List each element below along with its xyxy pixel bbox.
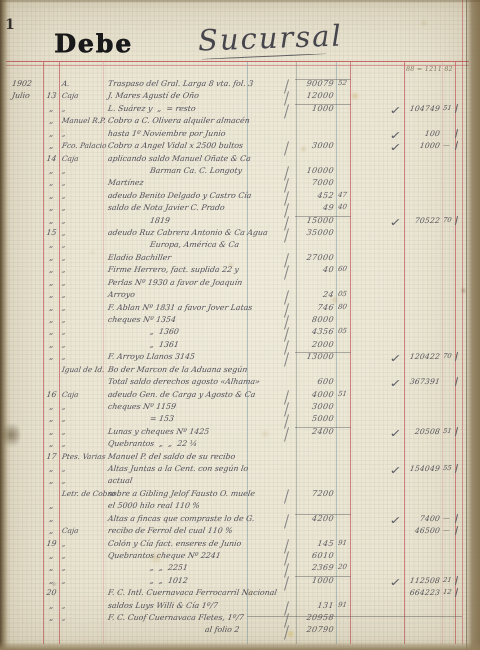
- ledger-row: „„L. Suárez y „ = resto100010474951: [0, 104, 480, 117]
- cents-partial-cell: 51: [337, 390, 350, 398]
- amount-total-cell: 20508: [401, 427, 440, 436]
- amount-partial-cell: 5000: [293, 414, 334, 423]
- amount-total-cell: 46500: [401, 526, 440, 535]
- amount-partial-cell: 3000: [293, 402, 334, 411]
- tick-mark: [455, 129, 458, 138]
- description-cell: Cobro a C. Olivera alquiler almacén: [107, 116, 250, 125]
- ledger-row: „„adeudo Benito Delgado y Castro Cía4524…: [0, 191, 480, 204]
- amount-total-cell: 70522: [401, 216, 440, 225]
- day-cell: 14: [43, 154, 59, 163]
- amount-partial-cell: 4000: [293, 390, 334, 399]
- ledger-row: 20F. C. Intl. Cuernavaca Ferrocarril Nac…: [0, 588, 480, 601]
- tick-mark: [455, 427, 458, 436]
- description-cell: „ „ 1012: [149, 576, 188, 585]
- amount-partial-cell: 2369: [293, 563, 334, 572]
- description-cell: Cobro a Angel Vidal x 2500 bultos: [107, 141, 243, 150]
- stain: [420, 20, 428, 26]
- account-cell: „: [61, 476, 106, 485]
- account-cell: „: [61, 315, 106, 324]
- description-cell: adeudo Benito Delgado y Castro Cía: [107, 191, 252, 200]
- stain: [180, 100, 186, 105]
- cents-total-cell: 12: [442, 588, 455, 596]
- amount-partial-cell: 20958: [293, 613, 334, 622]
- amount-underline: [295, 352, 351, 353]
- ink-dot: [52, 582, 56, 586]
- ledger-row: Igual de Id.Bo der Marcon de la Aduana s…: [0, 365, 480, 378]
- account-cell: „: [61, 439, 106, 448]
- account-cell: Caja: [61, 390, 106, 399]
- account-cell: Caja: [61, 526, 106, 535]
- amount-partial-cell: 49: [293, 203, 334, 212]
- description-cell: Barman Ca. C. Longoty: [149, 166, 242, 175]
- amount-partial-cell: 10000: [293, 166, 334, 175]
- amount-partial-cell: 27000: [293, 253, 334, 262]
- amount-underline: [295, 514, 351, 515]
- account-cell: „: [61, 303, 106, 312]
- stain: [148, 552, 164, 564]
- amount-partial-cell: 15000: [293, 216, 334, 225]
- ledger-rows: 1902A.Traspaso del Gral. Larga 8 vta. fo…: [0, 0, 480, 650]
- amount-total-cell: 154049: [401, 464, 440, 473]
- ledger-row: „Fco. PalacioCobro a Angel Vidal x 2500 …: [0, 141, 480, 154]
- account-cell: „: [61, 551, 106, 560]
- day-cell: „: [43, 501, 59, 510]
- day-cell: 17: [43, 452, 59, 461]
- day-cell: „: [43, 551, 59, 560]
- account-cell: Manuel R.P.: [61, 116, 106, 125]
- description-cell: Eladio Bachiller: [107, 253, 171, 262]
- description-cell: Quebrantos cheque Nº 2241: [107, 551, 221, 560]
- ledger-row: Julio13CajaJ. Mares Agustí de Oño12000: [0, 91, 480, 104]
- amount-underline: [295, 104, 351, 105]
- stain: [300, 146, 307, 152]
- ledger-row: Letr. de Cobrosobre a Gibling Jelof Faus…: [0, 489, 480, 502]
- amount-total-cell: 664223: [401, 588, 440, 597]
- ledger-row: „„Firme Herrero, fact. suplida 22 y4060: [0, 265, 480, 278]
- description-cell: Firme Herrero, fact. suplida 22 y: [107, 265, 239, 274]
- description-cell: actual: [107, 476, 133, 485]
- ledger-row: „„Perlas Nº 1930 a favor de Joaquín: [0, 278, 480, 291]
- cents-partial-cell: 40: [337, 203, 350, 211]
- day-cell: „: [43, 402, 59, 411]
- amount-total-cell: 7400: [401, 514, 440, 523]
- description-cell: L. Suárez y „ = resto: [107, 104, 196, 113]
- day-cell: „: [43, 476, 59, 485]
- day-cell: „: [43, 104, 59, 113]
- page-edge-right: [466, 0, 480, 650]
- description-cell: aplicando saldo Manuel Oñate & Ca: [107, 154, 251, 163]
- cents-total-cell: 51: [442, 104, 455, 112]
- description-cell: Europa, América & Ca: [149, 240, 239, 249]
- description-cell: Altas a fincas que compraste lo de G.: [107, 514, 255, 523]
- description-cell: hasta 1º Noviembre por Junio: [107, 129, 226, 138]
- description-cell: Quebrantos „ „ 22 ¼: [107, 439, 197, 448]
- amount-partial-cell: 131: [293, 601, 334, 610]
- account-cell: „: [61, 340, 106, 349]
- day-cell: „: [43, 327, 59, 336]
- day-cell: „: [43, 414, 59, 423]
- account-cell: Letr. de Cobro: [61, 489, 106, 498]
- stain: [246, 590, 253, 596]
- tick-mark: [455, 514, 458, 523]
- account-cell: „: [61, 228, 106, 237]
- day-cell: „: [43, 340, 59, 349]
- ledger-row: „el 5000 hilo real 110 %: [0, 501, 480, 514]
- ledger-row: „„F. Ablan Nº 1831 a favor Jover Latas74…: [0, 303, 480, 316]
- day-cell: 16: [43, 390, 59, 399]
- account-cell: Igual de Id.: [61, 365, 106, 374]
- amount-partial-cell: 1000: [293, 576, 334, 585]
- dash-cell: —: [442, 141, 455, 149]
- account-cell: „: [61, 278, 106, 287]
- description-cell: el 5000 hilo real 110 %: [107, 501, 200, 510]
- day-cell: 20: [43, 588, 59, 597]
- account-cell: „: [61, 464, 106, 473]
- amount-partial-cell: 13000: [293, 352, 334, 361]
- account-cell: Caja: [61, 154, 106, 163]
- description-cell: Altas Juntas a la Cent. con según lo: [107, 464, 248, 473]
- tick-mark: [455, 576, 458, 585]
- date-cell: Julio: [11, 91, 44, 100]
- description-cell: adeudo Ruz Cabrera Antonio & Ca Agua: [107, 228, 268, 237]
- amount-total-cell: 120422: [401, 352, 440, 361]
- description-cell: Traspaso del Gral. Larga 8 vta. fol. 3: [107, 79, 254, 88]
- day-cell: „: [43, 166, 59, 175]
- description-cell: recibo de Ferrol del cual 110 %: [107, 526, 233, 535]
- date-cell: 1902: [11, 79, 44, 88]
- stain: [260, 430, 270, 438]
- description-cell: F. Ablan Nº 1831 a favor Jover Latas: [107, 303, 253, 312]
- day-cell: „: [43, 116, 59, 125]
- day-cell: „: [43, 563, 59, 572]
- amount-total-cell: 100: [401, 129, 440, 138]
- amount-partial-cell: 2400: [293, 427, 334, 436]
- tick-mark: [455, 464, 458, 473]
- stain: [330, 296, 339, 304]
- day-cell: „: [43, 178, 59, 187]
- ledger-row: „„Eladio Bachiller27000: [0, 253, 480, 266]
- ledger-row: „„saldos Luys Willi & Cía 1º/713191: [0, 601, 480, 614]
- description-cell: Bo der Marcon de la Aduana según: [107, 365, 248, 374]
- account-cell: „: [61, 178, 106, 187]
- day-cell: 15: [43, 228, 59, 237]
- cents-partial-cell: 91: [337, 601, 350, 609]
- ledger-row: „Altas a fincas que compraste lo de G.42…: [0, 514, 480, 527]
- account-cell: Fco. Palacio: [61, 141, 106, 150]
- day-cell: „: [43, 303, 59, 312]
- dash-cell: —: [442, 526, 455, 534]
- amount-partial-cell: 145: [293, 539, 334, 548]
- day-cell: 19: [43, 539, 59, 548]
- day-cell: „: [43, 265, 59, 274]
- day-cell: „: [43, 191, 59, 200]
- tick-mark: [455, 104, 458, 113]
- day-cell: „: [43, 240, 59, 249]
- account-cell: „: [61, 613, 106, 622]
- stain: [60, 128, 65, 133]
- amount-total-cell: 112508: [401, 576, 440, 585]
- account-cell: „: [61, 203, 106, 212]
- description-cell: F. Arroyo Llanos 3145: [107, 352, 195, 361]
- ledger-row: „„1819150007052270: [0, 216, 480, 229]
- account-cell: „: [61, 539, 106, 548]
- account-cell: A.: [61, 79, 106, 88]
- account-cell: „: [61, 166, 106, 175]
- description-cell: cheques Nº 1354: [107, 315, 176, 324]
- tick-mark: [455, 526, 458, 535]
- amount-partial-cell: 1000: [293, 104, 334, 113]
- page-edge-top: [0, 0, 480, 2]
- ledger-row: al folio 220790: [0, 625, 480, 638]
- account-cell: „: [61, 290, 106, 299]
- amount-underline: [295, 79, 351, 80]
- amount-partial-cell: 12000: [293, 91, 334, 100]
- account-cell: „: [61, 327, 106, 336]
- day-cell: „: [43, 253, 59, 262]
- account-cell: „: [61, 253, 106, 262]
- day-cell: „: [43, 129, 59, 138]
- account-cell: „: [61, 240, 106, 249]
- ledger-row: „„Arroyo2405: [0, 290, 480, 303]
- day-cell: „: [43, 141, 59, 150]
- day-cell: „: [43, 352, 59, 361]
- account-cell: „: [61, 104, 106, 113]
- description-cell: 1819: [149, 216, 170, 225]
- description-cell: Lunas y cheques Nº 1425: [107, 427, 209, 436]
- amount-partial-cell: 4356: [293, 327, 334, 336]
- amount-partial-cell: 4200: [293, 514, 334, 523]
- ledger-row: „„hasta 1º Noviembre por Junio100: [0, 129, 480, 142]
- amount-partial-cell: 746: [293, 303, 334, 312]
- amount-partial-cell: 20790: [293, 625, 334, 634]
- amount-partial-cell: 600: [293, 377, 334, 386]
- ledger-row: „„Lunas y cheques Nº 142524002050851: [0, 427, 480, 440]
- account-cell: „: [61, 563, 106, 572]
- description-cell: cheques Nº 1159: [107, 402, 176, 411]
- amount-partial-cell: 452: [293, 191, 334, 200]
- amount-partial-cell: 90079: [293, 79, 334, 88]
- ledger-row: „„„ „ 1012100011250821: [0, 576, 480, 589]
- description-cell: saldos Luys Willi & Cía 1º/7: [107, 601, 218, 610]
- cents-partial-cell: 47: [337, 191, 350, 199]
- ledger-row: „„„ 1360435605: [0, 327, 480, 340]
- stain: [350, 92, 360, 100]
- ledger-row: „„saldo de Nota Javier C. Prado4940: [0, 203, 480, 216]
- ledger-row: „„Quebrantos cheque Nº 22416010: [0, 551, 480, 564]
- amount-partial-cell: 24: [293, 290, 334, 299]
- ledger-row: „Cajarecibo de Ferrol del cual 110 %4650…: [0, 526, 480, 539]
- description-cell: al folio 2: [204, 625, 240, 634]
- cents-partial-cell: 80: [337, 303, 350, 311]
- cents-partial-cell: 20: [337, 563, 350, 571]
- ledger-row: 19„Colón y Cía fact. enseres de Junio145…: [0, 539, 480, 552]
- account-cell: „: [61, 601, 106, 610]
- dash-cell: —: [442, 514, 455, 522]
- day-cell: „: [43, 601, 59, 610]
- description-cell: Arroyo: [107, 290, 135, 299]
- ledger-row: „„Quebrantos „ „ 22 ¼: [0, 439, 480, 452]
- ledger-row: Total saldo derechos agosto «Alhama»6003…: [0, 377, 480, 390]
- tick-mark: [455, 588, 458, 597]
- description-cell: Perlas Nº 1930 a favor de Joaquín: [107, 278, 242, 287]
- ledger-row: „„„ 13612000: [0, 340, 480, 353]
- account-cell: „: [61, 129, 106, 138]
- cents-total-cell: 55: [442, 464, 455, 472]
- description-cell: F. C. Cuof Cuernavaca Fletes, 1º/7: [107, 613, 244, 622]
- ledger-row: „„actual: [0, 476, 480, 489]
- stain: [228, 262, 234, 268]
- day-cell: „: [43, 526, 59, 535]
- day-cell: „: [43, 290, 59, 299]
- day-cell: „: [43, 514, 59, 523]
- day-cell: „: [43, 315, 59, 324]
- account-cell: „: [61, 427, 106, 436]
- description-cell: „ „ 2251: [149, 563, 188, 572]
- day-cell: „: [43, 427, 59, 436]
- ledger-row: „„Europa, América & Ca: [0, 240, 480, 253]
- cents-partial-cell: 05: [337, 290, 350, 298]
- description-cell: „ 1361: [149, 340, 179, 349]
- description-cell: Colón y Cía fact. enseres de Junio: [107, 539, 242, 548]
- ledger-row: „„Barman Ca. C. Longoty10000: [0, 166, 480, 179]
- amount-partial-cell: 8000: [293, 315, 334, 324]
- ledger-row: „„F. Arroyo Llanos 31451300012042270: [0, 352, 480, 365]
- ledger-row: „„Martínez7000: [0, 178, 480, 191]
- description-cell: sobre a Gibling Jelof Fausto O. muele: [107, 489, 255, 498]
- amount-total-cell: 1000: [401, 141, 440, 150]
- amount-partial-cell: 7000: [293, 178, 334, 187]
- cents-partial-cell: 91: [337, 539, 350, 547]
- account-cell: Caja: [61, 91, 106, 100]
- description-cell: = 153: [149, 414, 174, 423]
- cents-total-cell: 21: [442, 576, 455, 584]
- stain: [90, 250, 95, 255]
- account-cell: Ptes. Varias: [61, 452, 106, 461]
- ledger-row: 17Ptes. VariasManuel P. del saldo de su …: [0, 452, 480, 465]
- ledger-page: 1 Debe Sucursal 88 = 1211 82 1902A.Trasp…: [0, 0, 480, 650]
- cents-total-cell: 70: [442, 352, 455, 360]
- amount-total-cell: 104749: [401, 104, 440, 113]
- ledger-row: „Manuel R.P.Cobro a C. Olivera alquiler …: [0, 116, 480, 129]
- binding-edge: [0, 0, 10, 650]
- amount-underline: [295, 216, 351, 217]
- amount-partial-cell: 35000: [293, 228, 334, 237]
- account-cell: „: [61, 414, 106, 423]
- ledger-row: 14Cajaaplicando saldo Manuel Oñate & Ca: [0, 154, 480, 167]
- amount-partial-cell: 2000: [293, 340, 334, 349]
- account-cell: „: [61, 576, 106, 585]
- account-cell: „: [61, 402, 106, 411]
- account-cell: „: [61, 265, 106, 274]
- amount-partial-cell: 7200: [293, 489, 334, 498]
- account-cell: „: [61, 352, 106, 361]
- day-cell: 13: [43, 91, 59, 100]
- cents-partial-cell: 52: [337, 79, 350, 87]
- ledger-row: „„cheques Nº 11593000: [0, 402, 480, 415]
- day-cell: „: [43, 216, 59, 225]
- page-edge-bottom: [0, 642, 480, 650]
- ledger-row: „„„ „ 2251236920: [0, 563, 480, 576]
- cents-partial-cell: 60: [337, 265, 350, 273]
- day-cell: „: [43, 439, 59, 448]
- cents-partial-cell: 05: [337, 327, 350, 335]
- account-cell: „: [61, 191, 106, 200]
- day-cell: „: [43, 613, 59, 622]
- amount-partial-cell: 6010: [293, 551, 334, 560]
- cents-total-cell: 51: [442, 427, 455, 435]
- tick-mark: [455, 377, 458, 386]
- tick-mark: [455, 352, 458, 361]
- description-cell: adeudo Gen. de Carga y Agosto & Ca: [107, 390, 256, 399]
- description-cell: Total saldo derechos agosto «Alhama»: [107, 377, 260, 386]
- description-cell: Martínez: [107, 178, 144, 187]
- amount-underline: [295, 576, 351, 577]
- day-cell: „: [43, 203, 59, 212]
- ledger-row: „„= 1535000: [0, 414, 480, 427]
- amount-underline: [295, 427, 351, 428]
- cents-total-cell: 70: [442, 216, 455, 224]
- ledger-row: 16Cajaadeudo Gen. de Carga y Agosto & Ca…: [0, 390, 480, 403]
- day-cell: „: [43, 278, 59, 287]
- amount-total-cell: 367391: [401, 377, 440, 386]
- day-cell: „: [43, 464, 59, 473]
- description-cell: Manuel P. del saldo de su recibo: [107, 452, 236, 461]
- account-cell: „: [61, 216, 106, 225]
- amount-partial-cell: 40: [293, 265, 334, 274]
- stain: [286, 630, 295, 638]
- tick-mark: [455, 141, 458, 150]
- description-cell: saldo de Nota Javier C. Prado: [107, 203, 225, 212]
- description-cell: „ 1360: [149, 327, 179, 336]
- description-cell: J. Mares Agustí de Oño: [107, 91, 199, 100]
